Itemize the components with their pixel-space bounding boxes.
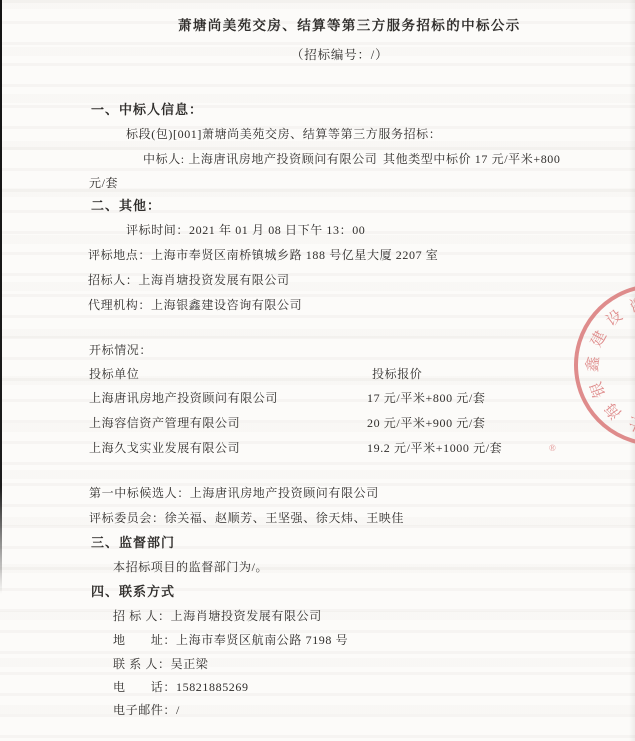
contact-address-line: 地 址：上海市奉贤区航南公路 7198 号 [113, 633, 348, 648]
section2-heading: 二、其他： [91, 198, 161, 213]
bidder-company: 上海久戈实业发展有限公司 [89, 441, 240, 456]
bidder-price: 17 元/平米+800 元/套 [367, 391, 485, 406]
seal-registration-mark: ® [549, 443, 556, 453]
table-header-price: 投标报价 [372, 367, 422, 382]
section3-heading: 三、监督部门 [91, 535, 175, 550]
page-right-shade [629, 0, 635, 741]
bidder-company: 上海容信资产管理有限公司 [89, 416, 240, 431]
seal-company-text: 上海银鑫建设咨询有限公司 [558, 268, 635, 452]
contact-email-line: 电子邮件：/ [113, 703, 180, 718]
evaluation-place: 评标地点：上海市奉贤区南桥镇城乡路 188 号亿星大厦 2207 室 [88, 248, 438, 263]
first-candidate-line: 第一中标候选人：上海唐讯房地产投资顾问有限公司 [89, 486, 379, 501]
bidder-price: 20 元/平米+900 元/套 [367, 416, 485, 431]
scan-edge-artifact [0, 0, 2, 594]
evaluation-time: 评标时间：2021 年 01 月 08 日下午 13：00 [126, 223, 365, 238]
agency-line: 代理机构：上海银鑫建设咨询有限公司 [88, 298, 302, 313]
winner-line: 中标人: 上海唐讯房地产投资顾问有限公司 [143, 152, 377, 167]
bidder-price: 19.2 元/平米+1000 元/套 [367, 441, 502, 456]
section1-heading: 一、中标人信息： [91, 102, 203, 117]
contact-person-line: 联 系 人：吴正梁 [113, 657, 208, 672]
contact-tenderer-line: 招 标 人：上海肖塘投资发展有限公司 [113, 609, 322, 624]
seal-outer-ring-icon [548, 258, 635, 472]
announcement-document: 萧塘尚美苑交房、结算等第三方服务招标的中标公示 （招标编号：/） 一、中标人信息… [0, 0, 635, 741]
winner-price-note-continuation: 元/套 [89, 176, 118, 191]
contact-phone-line: 电 话：15821885269 [113, 680, 249, 695]
page-title: 萧塘尚美苑交房、结算等第三方服务招标的中标公示 [178, 18, 521, 33]
bid-opening-label: 开标情况： [89, 343, 152, 358]
section4-heading: 四、联系方式 [91, 584, 175, 599]
winner-price-note: 其他类型中标价 17 元/平米+800 [383, 152, 561, 167]
tenderer-line: 招标人：上海肖塘投资发展有限公司 [88, 273, 290, 288]
bidder-company: 上海唐讯房地产投资顾问有限公司 [89, 391, 278, 406]
supervision-line: 本招标项目的监督部门为/。 [113, 560, 268, 575]
lot-line: 标段(包)[001]萧塘尚美苑交房、结算等第三方服务招标： [126, 127, 441, 142]
table-header-company: 投标单位 [89, 367, 139, 382]
evaluation-committee-line: 评标委员会：徐关福、赵顺芳、王坚强、徐天炜、王映佳 [89, 511, 404, 526]
tender-number-subtitle: （招标编号：/） [291, 48, 388, 63]
svg-text:上海银鑫建设咨询有限公司: 上海银鑫建设咨询有限公司 [558, 268, 635, 452]
